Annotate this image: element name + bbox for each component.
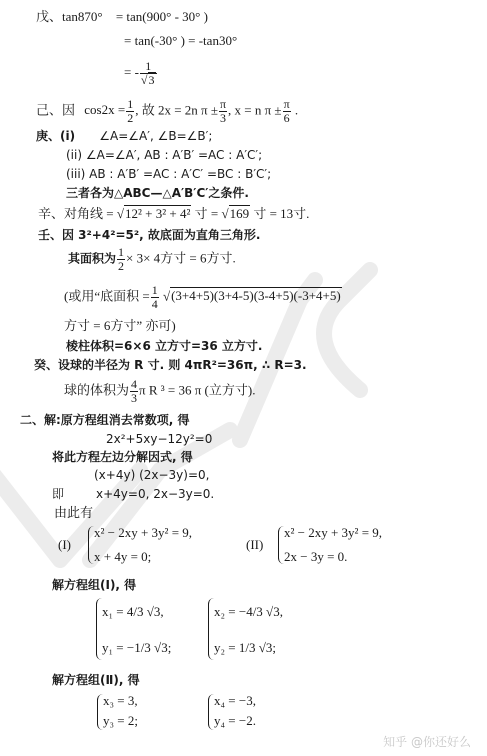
s3-x: x₃ = 3, (103, 693, 138, 709)
denominator: 6 (283, 112, 291, 125)
ren-alt: (或用“底面积 =14 √(3+4+5)(3+4-5)(3-4+5)(-3+4+… (64, 284, 342, 311)
s4-x: x₄ = −3, (214, 693, 256, 709)
part2-eq1: 2x²+5xy−12y²=0 (106, 431, 212, 447)
xin-end: 寸 = 13寸. (253, 206, 309, 221)
denominator: 3 (130, 392, 138, 405)
fraction: 12 (117, 246, 125, 273)
part2-title: 二、解:原方程组消去常数项, 得 (20, 412, 190, 428)
ren-vol: 棱柱体积=6×6 立方寸=36 立方寸. (66, 338, 262, 354)
s3-y: y₃ = 2; (103, 713, 138, 729)
geng-l4: 三者各为△ABC—△A′B′C′之条件. (66, 185, 249, 201)
fraction: 12 (126, 98, 134, 125)
ren-alt-l2: 方寸 = 6方寸” 亦可) (64, 318, 176, 334)
ren-area-suffix: × 3× 4方寸 = 6方寸. (126, 250, 236, 265)
wu-label: 戊、tan870° (36, 9, 103, 24)
ren-alt-prefix: (或用“底面积 = (64, 288, 150, 303)
solve1-text: 解方程组(Ⅰ), 得 (52, 577, 136, 593)
geng-line1: 庚、(i) ∠A=∠A′, ∠B=∠B′; (36, 128, 212, 144)
part2-eq2: (x+4y) (2x−3y)=0, (94, 467, 209, 483)
ji-label: 己、因 (36, 102, 75, 117)
radicand: 169 (229, 205, 251, 221)
ji-line: 己、因 cos2x =12, 故 2x = 2n π ±π3, x = n π … (36, 98, 298, 125)
geng-l3: (iii) AB : A′B′ =AC : A′C′ =BC : B′C′; (66, 166, 271, 182)
sys2-b: 2x − 3y = 0. (284, 549, 347, 565)
gui-vol-prefix: 球的体积为 (64, 382, 129, 397)
numerator: π (283, 98, 291, 112)
radicand: 3 (148, 72, 156, 87)
numerator: π (219, 98, 227, 112)
fraction: 43 (130, 378, 138, 405)
numerator: 1 (117, 246, 125, 260)
wu-eq3: = -1√3 (124, 60, 158, 87)
part2-factor-text: 将此方程左边分解因式, 得 (52, 449, 193, 465)
part2-ji-label: 即 (52, 486, 64, 502)
s1-x: x₁ = 4/3 √3, (102, 604, 164, 620)
ren-area: 其面积为12× 3× 4方寸 = 6方寸. (68, 246, 236, 273)
numerator: 1 (126, 98, 134, 112)
s2-x: x₂ = −4/3 √3, (214, 604, 283, 620)
gui-vol-suffix: π R ³ = 36 π (立方寸). (139, 382, 255, 397)
geng-l1: ∠A=∠A′, ∠B=∠B′; (99, 129, 212, 143)
xin-label: 辛、对角线 = (38, 206, 114, 221)
ren-l1: 壬、因 3²+4²=5², 故底面为直角三角形. (38, 227, 260, 243)
fraction: π6 (283, 98, 291, 125)
ji-mid: , 故 2x = 2n π ± (135, 102, 218, 117)
radicand: (3+4+5)(3+4-5)(3-4+5)(-3+4+5) (170, 287, 342, 303)
wu-line1: 戊、tan870° = tan(900° - 30° ) (36, 9, 208, 25)
ji-cos: cos2x = (84, 102, 125, 117)
gui-l1: 癸、设球的半径为 R 寸. 则 4πR²=36π, ∴ R=3. (34, 357, 307, 373)
ren-area-prefix: 其面积为 (68, 251, 116, 265)
numerator: 1 (151, 284, 159, 298)
ji-mid2: , x = n π ± (228, 102, 282, 117)
denominator: √3 (140, 74, 157, 87)
radicand: 12² + 3² + 4² (124, 205, 191, 221)
wu-eq2: = tan(-30° ) = -tan30° (124, 33, 237, 49)
s1-y: y₁ = −1/3 √3; (102, 640, 171, 656)
sys2-a: x² − 2xy + 3y² = 9, (284, 525, 382, 541)
s2-y: y₂ = 1/3 √3; (214, 640, 276, 656)
sys2-label: (II) (246, 537, 263, 553)
sys1-label: (I) (58, 537, 71, 553)
geng-l2: (ii) ∠A=∠A′, AB : A′B′ =AC : A′C′; (66, 147, 262, 163)
fraction: π3 (219, 98, 227, 125)
denominator: 2 (126, 112, 134, 125)
fraction: 1√3 (140, 60, 157, 87)
part2-eq3: x+4y=0, 2x−3y=0. (96, 486, 214, 502)
fraction: 14 (151, 284, 159, 311)
ji-end: . (295, 102, 298, 117)
wu-eq1: = tan(900° - 30° ) (116, 9, 208, 24)
xin-line: 辛、对角线 = √12² + 3² + 4² 寸 = √169 寸 = 13寸. (38, 206, 309, 222)
zhihu-credit: 知乎 @你还好么 (383, 733, 471, 750)
sys1-b: x + 4y = 0; (94, 549, 151, 565)
denominator: 2 (117, 260, 125, 273)
denominator: 4 (151, 298, 159, 311)
xin-mid: 寸 = (195, 206, 219, 221)
solve2-text: 解方程组(Ⅱ), 得 (52, 672, 140, 688)
s4-y: y₄ = −2. (214, 713, 256, 729)
gui-vol: 球的体积为43π R ³ = 36 π (立方寸). (64, 378, 255, 405)
geng-label: 庚、(i) (36, 129, 75, 143)
numerator: 4 (130, 378, 138, 392)
denominator: 3 (219, 112, 227, 125)
wu-eq3-prefix: = - (124, 64, 139, 79)
part2-youci: 由此有 (54, 505, 93, 521)
sys1-a: x² − 2xy + 3y² = 9, (94, 525, 192, 541)
